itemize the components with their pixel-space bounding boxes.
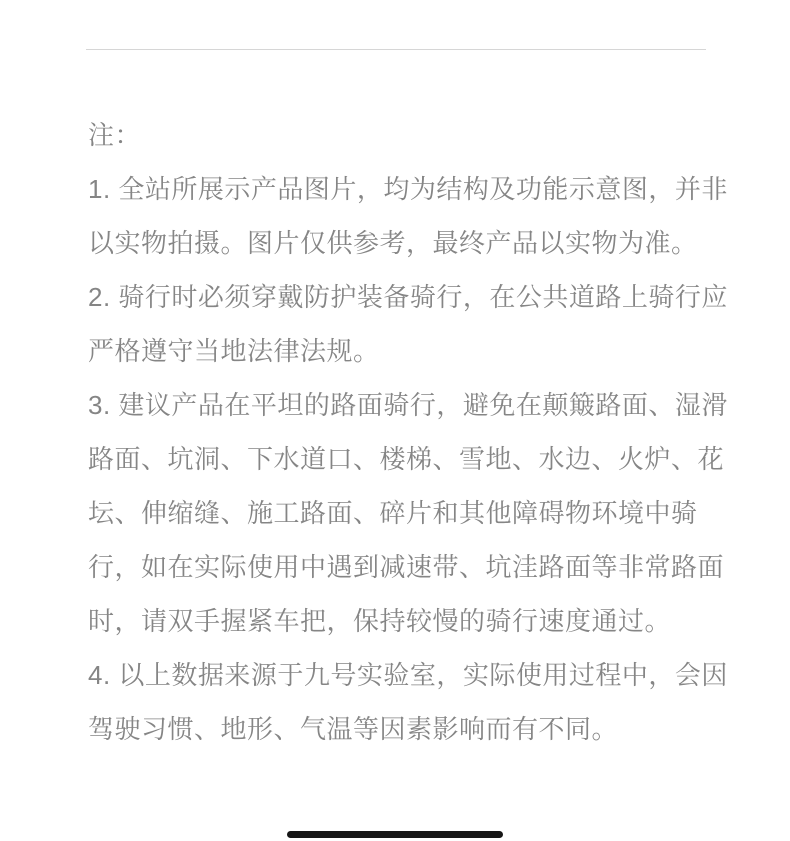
note-item-1: 1. 全站所展示产品图片，均为结构及功能示意图，并非以实物拍摄。图片仅供参考，最… [88,162,728,270]
disclaimer-notes: 注： 1. 全站所展示产品图片，均为结构及功能示意图，并非以实物拍摄。图片仅供参… [88,108,728,756]
note-item-3: 3. 建议产品在平坦的路面骑行，避免在颠簸路面、湿滑路面、坑洞、下水道口、楼梯、… [88,378,728,648]
section-divider [86,49,706,50]
note-item-2: 2. 骑行时必须穿戴防护装备骑行，在公共道路上骑行应严格遵守当地法律法规。 [88,270,728,378]
home-indicator-bar [287,831,503,838]
note-item-4: 4. 以上数据来源于九号实验室，实际使用过程中，会因驾驶习惯、地形、气温等因素影… [88,648,728,756]
note-label: 注： [88,108,728,162]
